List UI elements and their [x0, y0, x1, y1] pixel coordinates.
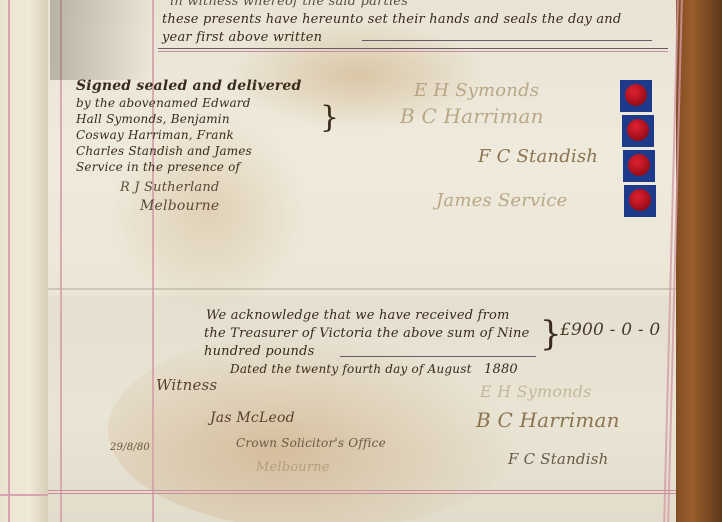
deed-text-line-2: these presents have hereunto set their h… — [162, 12, 621, 27]
seal-3 — [623, 150, 655, 182]
attestation-line-4: Cosway Harriman, Frank — [76, 128, 234, 142]
receipt-line-1: We acknowledge that we have received fro… — [206, 308, 510, 323]
receipt-line-filler — [340, 356, 536, 357]
attestation-line-5: Charles Standish and James — [76, 144, 252, 158]
party-signature-harriman: B C Harriman — [400, 104, 544, 128]
witness-label: Witness — [156, 376, 217, 394]
receipt-date-line: Dated the twenty fourth day of August — [230, 362, 472, 376]
wax-seal-icon — [629, 189, 651, 211]
paper-fold-crease — [48, 288, 676, 290]
receipt-bracket: } — [540, 314, 562, 354]
seal-1 — [620, 80, 652, 112]
wax-seals — [620, 80, 658, 220]
receipt-amount: £900 - 0 - 0 — [560, 320, 660, 340]
deed-text-line-3: year first above written — [162, 30, 322, 45]
witness-place: Melbourne — [256, 460, 330, 475]
attestation-line-6: Service in the presence of — [76, 160, 240, 174]
left-page-margin-rule — [8, 0, 10, 522]
attestation-bracket: } — [320, 100, 339, 135]
witness-signature-2: Melbourne — [140, 198, 219, 214]
deed-text-line-partial: in witness whereof the said parties — [170, 0, 408, 9]
receipt-line-2: the Treasurer of Victoria the above sum … — [204, 326, 530, 341]
bottom-rule-1 — [48, 490, 676, 491]
seal-2 — [622, 115, 654, 147]
witness-name: Jas McLeod — [210, 410, 295, 426]
wax-seal-icon — [628, 154, 650, 176]
section-divider-top-1 — [158, 48, 668, 49]
wax-seal-icon — [625, 84, 647, 106]
page-shadow — [50, 0, 150, 80]
margin-note: 29/8/80 — [110, 442, 150, 453]
attestation-line-1: Signed sealed and delivered — [76, 78, 301, 94]
receipt-signature-symonds: E H Symonds — [480, 382, 592, 401]
party-signature-service: James Service — [436, 190, 567, 211]
wax-seal-icon — [627, 119, 649, 141]
left-facing-page — [0, 0, 48, 522]
attestation-line-2: by the abovenamed Edward — [76, 96, 251, 110]
receipt-signature-harriman: B C Harriman — [476, 408, 620, 432]
seal-4 — [624, 185, 656, 217]
section-divider-top-2 — [158, 51, 668, 52]
receipt-year: 1880 — [484, 362, 518, 377]
receipt-signature-standish: F C Standish — [508, 450, 609, 468]
left-page-bottom-rule — [0, 494, 48, 496]
line-filler — [362, 40, 652, 41]
bottom-rule-2 — [48, 493, 676, 494]
receipt-line-3: hundred pounds — [204, 344, 315, 359]
witness-signature-1: R J Sutherland — [120, 180, 219, 195]
party-signature-symonds: E H Symonds — [414, 80, 539, 101]
attestation-line-3: Hall Symonds, Benjamin — [76, 112, 230, 126]
witness-office: Crown Solicitor's Office — [236, 436, 386, 450]
party-signature-standish: F C Standish — [478, 146, 598, 167]
